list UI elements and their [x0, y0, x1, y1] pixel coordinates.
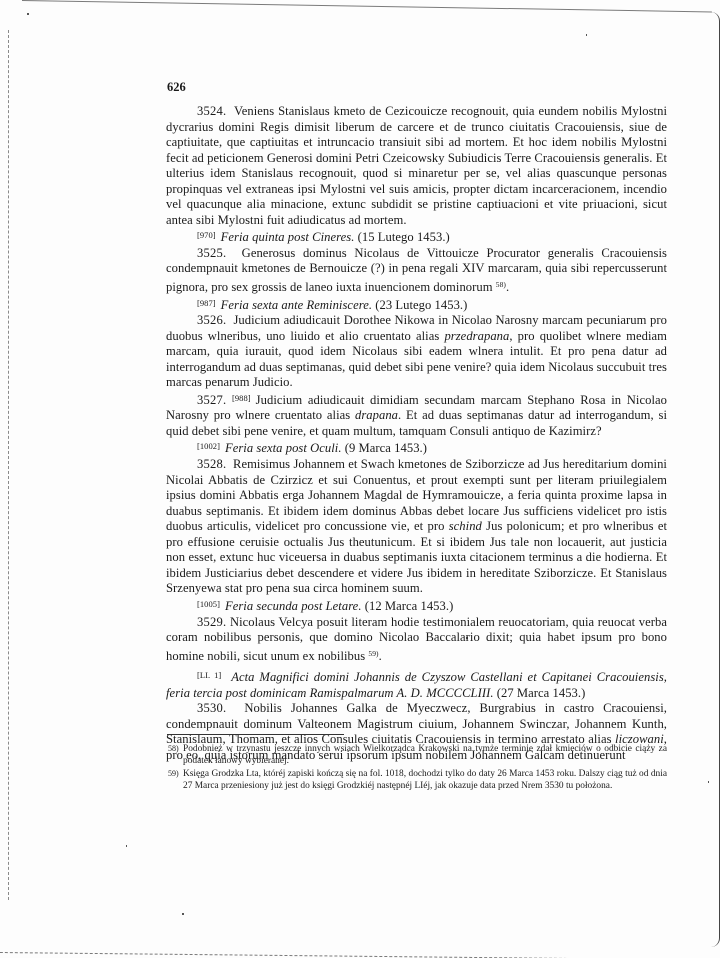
page-number: 626: [167, 80, 186, 95]
entry-number: 3525.: [197, 246, 226, 260]
date-label: (12 Marca 1453.): [365, 599, 454, 613]
footnote-text: Księga Grodzka Lta, któréj zapiski kończ…: [183, 769, 667, 791]
folio-ref: [LI. 1]: [197, 670, 221, 680]
feria-label: Feria secunda post Letare.: [225, 599, 362, 613]
act-heading: [LI. 1] Acta Magnifici domini Johannis d…: [166, 668, 667, 701]
scan-speck: [182, 913, 184, 915]
entry-number: 3528.: [197, 457, 226, 471]
footnote-ref[interactable]: 59): [368, 649, 378, 658]
entry-number: 3527.: [197, 393, 226, 407]
italic-term: drapana: [355, 408, 398, 422]
entry-3526: 3526. Judicium adiudicauit Dorothee Niko…: [166, 313, 667, 391]
folio-ref: [987]: [197, 298, 216, 308]
footnote-59: 59)Księga Grodzka Lta, któréj zapiski ko…: [168, 768, 667, 793]
scan-border-top: [22, 0, 712, 30]
folio-ref: [988]: [232, 393, 251, 403]
footnote-mark: 58): [168, 743, 183, 755]
date-heading-1005: [1005]Feria secunda post Letare. (12 Mar…: [166, 597, 667, 615]
entry-tail: .: [506, 280, 509, 294]
date-label: (9 Marca 1453.): [345, 441, 427, 455]
scan-speck: [708, 781, 709, 783]
entry-3527: 3527. [988]Judicium adiudicauit dimidiam…: [166, 391, 667, 440]
scan-border-right: [711, 12, 720, 947]
entry-3524: 3524. Veniens Stanislaus kmeto de Cezico…: [166, 104, 667, 228]
entry-text: Generosus dominus Nicolaus de Vittouicze…: [166, 246, 667, 294]
entry-tail: .: [379, 649, 382, 663]
entry-number: 3529.: [197, 615, 226, 629]
scan-speck: [27, 13, 29, 15]
date-label: (15 Lutego 1453.): [358, 230, 450, 244]
footnote-mark: 59): [168, 768, 183, 780]
scan-border-left: [8, 30, 11, 900]
italic-term: przedrapana: [444, 329, 509, 343]
date-heading-1002: [1002]Feria sexta post Oculi. (9 Marca 1…: [166, 439, 667, 457]
feria-label: Feria sexta ante Reminiscere.: [221, 298, 372, 312]
date-heading-970: [970]Feria quinta post Cineres. (15 Lute…: [166, 228, 667, 246]
scan-speck: [126, 845, 127, 847]
entry-3529: 3529. Nicolaus Velcya posuit literam hod…: [166, 615, 667, 665]
folio-ref: [1005]: [197, 599, 220, 609]
document-body: 3524. Veniens Stanislaus kmeto de Cezico…: [166, 104, 667, 763]
folio-ref: [970]: [197, 230, 216, 240]
act-title: Acta Magnifici domini Johannis de Czyszo…: [166, 670, 667, 700]
scan-speck: [586, 34, 587, 36]
feria-label: Feria quinta post Cineres.: [221, 230, 355, 244]
entry-number: 3524.: [197, 104, 226, 118]
entry-3528: 3528. Remisimus Johannem et Swach kmeton…: [166, 457, 667, 597]
footnote-58: 58)Podobnież w trzynastu jeszcze innych …: [168, 743, 667, 768]
footnotes: 58)Podobnież w trzynastu jeszcze innych …: [168, 743, 667, 793]
footnote-ref[interactable]: 58): [496, 280, 506, 289]
date-heading-987: [987]Feria sexta ante Reminiscere. (23 L…: [166, 296, 667, 314]
entry-number: 3530.: [197, 701, 226, 715]
folio-ref: [1002]: [197, 441, 220, 451]
entry-text: Nobilis Johannes Galka de Myeczwecz, Bur…: [166, 701, 667, 746]
italic-term: schind: [449, 519, 482, 533]
feria-label: Feria sexta post Oculi.: [225, 441, 342, 455]
footnote-divider: [167, 734, 344, 735]
entry-text: Veniens Stanislaus kmeto de Cezicouicze …: [166, 104, 667, 227]
footnote-text: Podobnież w trzynastu jeszcze innych wsi…: [183, 744, 667, 766]
entry-number: 3526.: [197, 313, 226, 327]
scan-border-bottom: [0, 940, 712, 958]
entry-text: Nicolaus Velcya posuit literam hodie tes…: [166, 615, 667, 663]
date-label: (27 Marca 1453.): [497, 686, 586, 700]
entry-3525: 3525. Generosus dominus Nicolaus de Vitt…: [166, 246, 667, 296]
date-label: (23 Lutego 1453.): [375, 298, 467, 312]
